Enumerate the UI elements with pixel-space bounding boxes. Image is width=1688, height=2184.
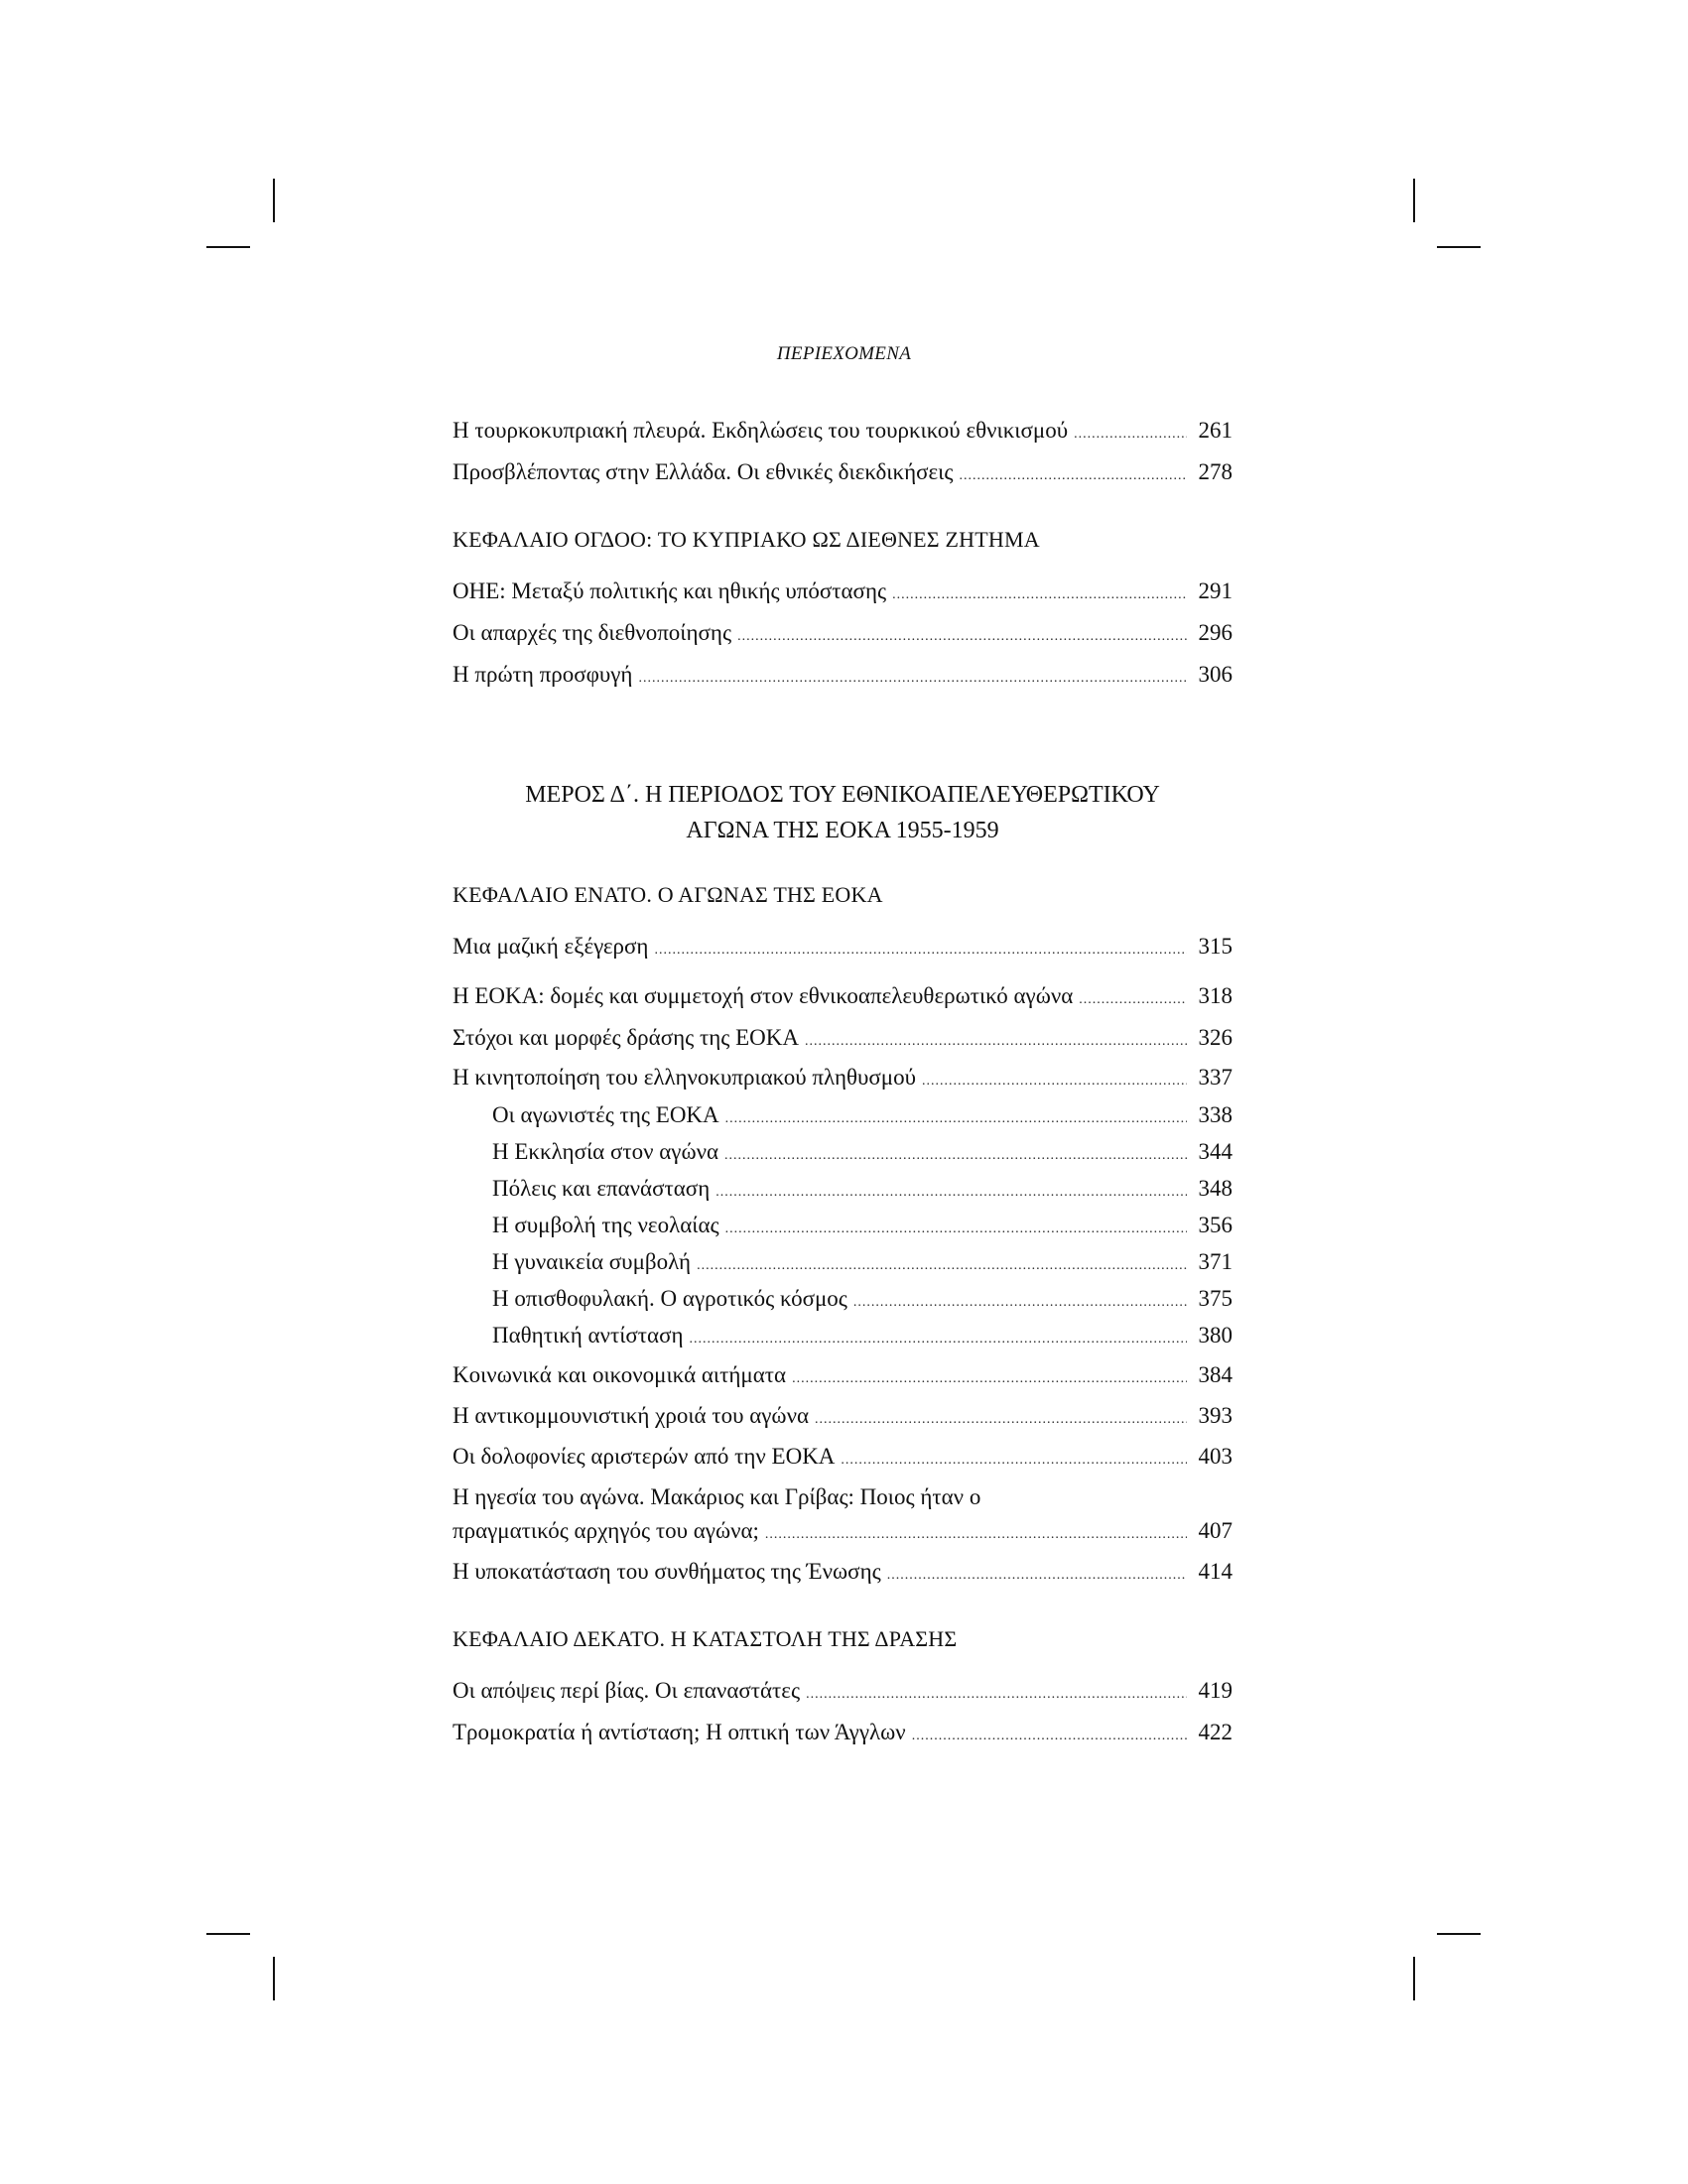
toc-entry-title: Η υποκατάσταση του συνθήματος της Ένωσης: [453, 1558, 881, 1586]
dot-leader: [815, 1406, 1187, 1434]
toc-subentry[interactable]: Η συμβολή της νεολαίας 356: [453, 1212, 1233, 1243]
dot-leader: [715, 1179, 1187, 1207]
part-heading-line2: ΑΓΩΝΑ ΤΗΣ ΕΟΚΑ 1955-1959: [453, 814, 1233, 847]
dot-leader: [725, 1105, 1187, 1133]
crop-mark-top-left-vertical: [273, 179, 275, 222]
toc-entry[interactable]: Η πρώτη προσφυγή 306: [453, 661, 1233, 693]
toc-entry-page: 403: [1195, 1443, 1233, 1471]
dot-leader: [892, 581, 1187, 609]
toc-entry-page: 419: [1195, 1677, 1233, 1705]
chapter-heading: ΚΕΦΑΛΑΙΟ ΕΝΑΤΟ. Ο ΑΓΩΝΑΣ ΤΗΣ ΕΟΚΑ: [453, 881, 883, 909]
toc-entry-page: 414: [1195, 1558, 1233, 1586]
toc-entry[interactable]: Οι απόψεις περί βίας. Οι επαναστάτες 419: [453, 1677, 1233, 1709]
toc-entry-page: 338: [1195, 1101, 1233, 1129]
toc-entry-title: Τρομοκρατία ή αντίσταση; Η οπτική των Άγ…: [453, 1719, 906, 1746]
toc-entry-title-line1: Η ηγεσία του αγώνα. Μακάριος και Γρίβας:…: [453, 1483, 1233, 1511]
toc-entry-page: 344: [1195, 1138, 1233, 1166]
chapter-heading: ΚΕΦΑΛΑΙΟ ΔΕΚΑΤΟ. Η ΚΑΤΑΣΤΟΛΗ ΤΗΣ ΔΡΑΣΗΣ: [453, 1625, 957, 1653]
dot-leader: [792, 1365, 1187, 1393]
toc-entry-title: Πόλεις και επανάσταση: [453, 1175, 710, 1203]
dot-leader: [1074, 421, 1187, 449]
toc-entry-page: 356: [1195, 1212, 1233, 1239]
toc-entry-title: Στόχοι και μορφές δράσης της ΕΟΚΑ: [453, 1024, 799, 1052]
dot-leader: [690, 1326, 1187, 1353]
toc-entry[interactable]: Οι δολοφονίες αριστερών από την ΕΟΚΑ 403: [453, 1443, 1233, 1475]
toc-entry-page: 296: [1195, 619, 1233, 647]
toc-subentry[interactable]: Η οπισθοφυλακή. Ο αγροτικός κόσμος 375: [453, 1285, 1233, 1317]
toc-entry[interactable]: Η αντικομμουνιστική χροιά του αγώνα 393: [453, 1402, 1233, 1434]
dot-leader: [806, 1681, 1187, 1709]
toc-entry[interactable]: Κοινωνικά και οικονομικά αιτήματα 384: [453, 1361, 1233, 1393]
toc-subentry[interactable]: Παθητική αντίσταση 380: [453, 1322, 1233, 1353]
toc-entry[interactable]: Τρομοκρατία ή αντίσταση; Η οπτική των Άγ…: [453, 1719, 1233, 1750]
toc-entry-title: Η γυναικεία συμβολή: [453, 1248, 691, 1276]
dot-leader: [1079, 986, 1187, 1014]
crop-mark-top-right-vertical: [1413, 179, 1415, 222]
toc-entry-page: 375: [1195, 1285, 1233, 1313]
toc-entry[interactable]: Προσβλέποντας στην Ελλάδα. Οι εθνικές δι…: [453, 458, 1233, 490]
dot-leader: [841, 1447, 1187, 1475]
toc-entry[interactable]: Η κινητοποίηση του ελληνοκυπριακού πληθυ…: [453, 1064, 1233, 1095]
toc-entry-title: Κοινωνικά και οικονομικά αιτήματα: [453, 1361, 786, 1389]
part-heading-line1: ΜΕΡΟΣ Δ΄. Η ΠΕΡΙΟΔΟΣ ΤΟΥ ΕΘΝΙΚΟΑΠΕΛΕΥΘΕΡ…: [453, 778, 1233, 812]
toc-entry-title: Η πρώτη προσφυγή: [453, 661, 632, 689]
dot-leader: [912, 1723, 1187, 1750]
toc-entry-title: Οι απαρχές της διεθνοποίησης: [453, 619, 731, 647]
toc-subentry[interactable]: Η γυναικεία συμβολή 371: [453, 1248, 1233, 1280]
dot-leader: [959, 462, 1187, 490]
toc-entry[interactable]: Οι απαρχές της διεθνοποίησης 296: [453, 619, 1233, 651]
toc-entry-title: Η οπισθοφυλακή. Ο αγροτικός κόσμος: [453, 1285, 847, 1313]
toc-entry-title: Η κινητοποίηση του ελληνοκυπριακού πληθυ…: [453, 1064, 916, 1092]
toc-entry-page: 315: [1195, 933, 1233, 961]
toc-entry[interactable]: Η υποκατάσταση του συνθήματος της Ένωσης…: [453, 1558, 1233, 1590]
toc-entry-title: Η ΕΟΚΑ: δομές και συμμετοχή στον εθνικοα…: [453, 982, 1073, 1010]
toc-entry-title: Η Εκκλησία στον αγώνα: [453, 1138, 718, 1166]
toc-subentry[interactable]: Πόλεις και επανάσταση 348: [453, 1175, 1233, 1207]
toc-entry-page: 384: [1195, 1361, 1233, 1389]
toc-entry[interactable]: Μια μαζική εξέγερση 315: [453, 933, 1233, 964]
dot-leader: [638, 665, 1187, 693]
toc-entry-title: Η αντικομμουνιστική χροιά του αγώνα: [453, 1402, 809, 1430]
toc-entry-page: 393: [1195, 1402, 1233, 1430]
toc-entry-page: 407: [1195, 1517, 1233, 1545]
toc-entry-title: Οι δολοφονίες αριστερών από την ΕΟΚΑ: [453, 1443, 835, 1471]
toc-entry-title: ΟΗΕ: Μεταξύ πολιτικής και ηθικής υπόστασ…: [453, 578, 886, 605]
toc-entry-title: Οι αγωνιστές της ΕΟΚΑ: [453, 1101, 719, 1129]
chapter-heading: ΚΕΦΑΛΑΙΟ ΟΓΔΟΟ: ΤΟ ΚΥΠΡΙΑΚΟ ΩΣ ΔΙΕΘΝΕΣ Ζ…: [453, 526, 1040, 554]
toc-subentry[interactable]: Οι αγωνιστές της ΕΟΚΑ 338: [453, 1101, 1233, 1133]
toc-entry[interactable]: Η τουρκοκυπριακή πλευρά. Εκδηλώσεις του …: [453, 417, 1233, 449]
toc-entry-page: 326: [1195, 1024, 1233, 1052]
toc-entry-page: 278: [1195, 458, 1233, 486]
toc-entry-title: Προσβλέποντας στην Ελλάδα. Οι εθνικές δι…: [453, 458, 953, 486]
dot-leader: [737, 623, 1187, 651]
toc-entry-page: 380: [1195, 1322, 1233, 1349]
crop-mark-bottom-left-horizontal: [206, 1933, 250, 1935]
toc-entry-page: 291: [1195, 578, 1233, 605]
crop-mark-bottom-right-horizontal: [1437, 1933, 1481, 1935]
dot-leader: [765, 1521, 1187, 1549]
toc-entry-page: 306: [1195, 661, 1233, 689]
dot-leader: [805, 1028, 1187, 1056]
toc-entry[interactable]: ΟΗΕ: Μεταξύ πολιτικής και ηθικής υπόστασ…: [453, 578, 1233, 609]
dot-leader: [853, 1289, 1187, 1317]
dot-leader: [724, 1142, 1187, 1170]
toc-entry-title: Μια μαζική εξέγερση: [453, 933, 648, 961]
toc-entry-title: Παθητική αντίσταση: [453, 1322, 684, 1349]
toc-entry-title-line2: πραγματικός αρχηγός του αγώνα;: [453, 1517, 759, 1545]
dot-leader: [725, 1216, 1187, 1243]
dot-leader: [887, 1562, 1187, 1590]
toc-entry-page: 318: [1195, 982, 1233, 1010]
toc-entry-page: 261: [1195, 417, 1233, 445]
crop-mark-top-right-horizontal: [1437, 246, 1481, 248]
crop-mark-bottom-left-vertical: [273, 1957, 275, 2000]
toc-entry-title: Η τουρκοκυπριακή πλευρά. Εκδηλώσεις του …: [453, 417, 1068, 445]
dot-leader: [654, 937, 1187, 964]
toc-entry-page: 337: [1195, 1064, 1233, 1092]
toc-entry-title: Η συμβολή της νεολαίας: [453, 1212, 719, 1239]
running-head: ΠΕΡΙΕΧΟΜΕΝΑ: [0, 343, 1688, 365]
crop-mark-bottom-right-vertical: [1413, 1957, 1415, 2000]
toc-entry[interactable]: Η ΕΟΚΑ: δομές και συμμετοχή στον εθνικοα…: [453, 982, 1233, 1014]
toc-entry[interactable]: Στόχοι και μορφές δράσης της ΕΟΚΑ 326: [453, 1024, 1233, 1056]
dot-leader: [697, 1252, 1187, 1280]
toc-entry-title: Οι απόψεις περί βίας. Οι επαναστάτες: [453, 1677, 800, 1705]
toc-entry-page: 371: [1195, 1248, 1233, 1276]
toc-subentry[interactable]: Η Εκκλησία στον αγώνα 344: [453, 1138, 1233, 1170]
toc-entry-page: 348: [1195, 1175, 1233, 1203]
crop-mark-top-left-horizontal: [206, 246, 250, 248]
toc-entry-page: 422: [1195, 1719, 1233, 1746]
dot-leader: [922, 1068, 1187, 1095]
toc-entry-wrapped[interactable]: Η ηγεσία του αγώνα. Μακάριος και Γρίβας:…: [453, 1483, 1233, 1549]
